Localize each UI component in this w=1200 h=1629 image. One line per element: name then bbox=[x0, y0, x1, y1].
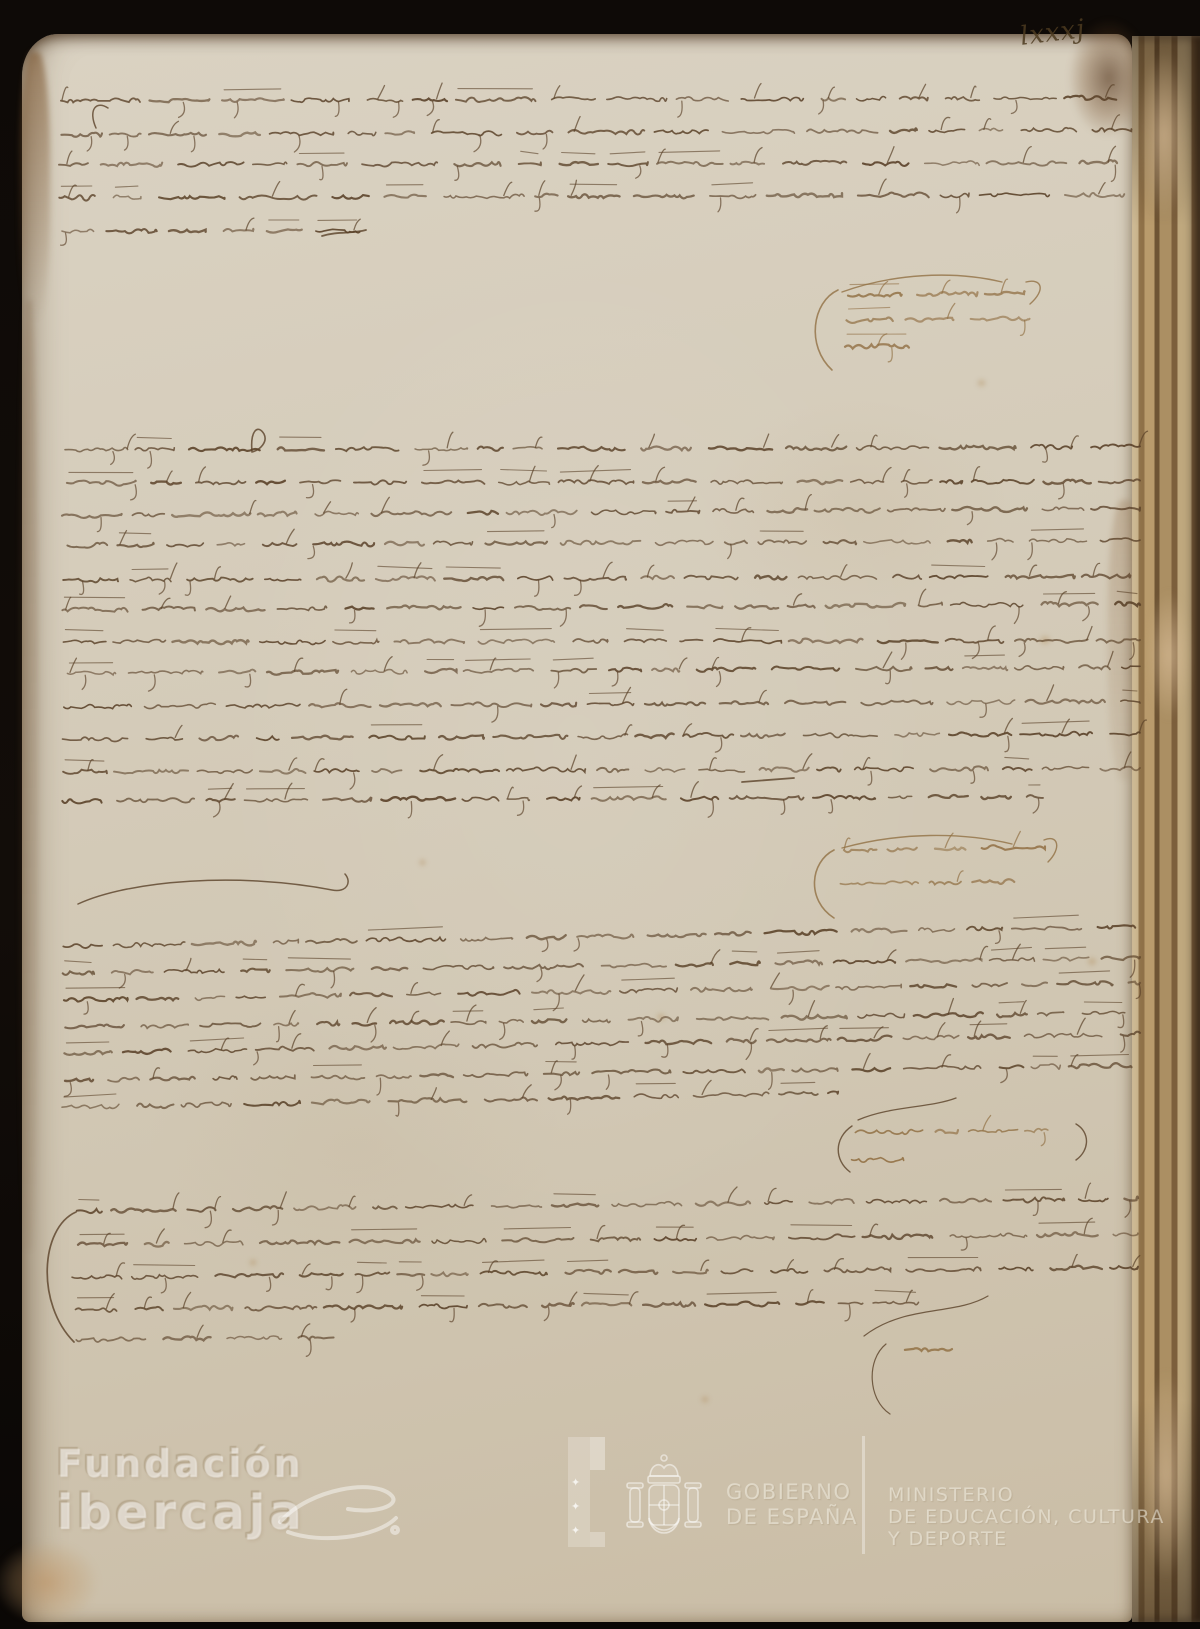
watermark-divider bbox=[862, 1436, 865, 1554]
foxing-spot bbox=[1086, 956, 1098, 967]
foxing-spot bbox=[976, 378, 987, 388]
deckle-highlight bbox=[1138, 50, 1190, 220]
star-icon: ✦ bbox=[571, 1501, 580, 1512]
foxing-spot bbox=[700, 1395, 710, 1404]
ibercaja-watermark-line2: ibercaja bbox=[56, 1488, 305, 1536]
manuscript-photo-backdrop: lxxxj Fundación ibercaja ✦ ✦ ✦ bbox=[0, 0, 1200, 1629]
ibercaja-watermark-line1: Fundación bbox=[56, 1444, 303, 1482]
gobierno-watermark: GOBIERNO DE ESPAÑA bbox=[726, 1480, 858, 1530]
star-icon: ✦ bbox=[571, 1477, 580, 1488]
ministerio-line1: MINISTERIO bbox=[888, 1484, 1165, 1506]
deckle-highlight bbox=[1146, 590, 1192, 720]
gobierno-line1: GOBIERNO bbox=[726, 1480, 858, 1505]
foxing-spot bbox=[418, 858, 427, 867]
ministerio-line3: Y DEPORTE bbox=[888, 1528, 1165, 1550]
foxing-spot bbox=[248, 1258, 258, 1267]
flag-canton bbox=[590, 1437, 605, 1470]
star-icon: ✦ bbox=[571, 1525, 580, 1536]
flag-tab bbox=[590, 1532, 605, 1547]
coat-of-arms-icon bbox=[618, 1450, 710, 1554]
ministerio-watermark: MINISTERIO DE EDUCACIÓN, CULTURA Y DEPOR… bbox=[888, 1484, 1165, 1550]
foxing-spot bbox=[1038, 634, 1052, 646]
ministerio-line2: DE EDUCACIÓN, CULTURA bbox=[888, 1506, 1165, 1528]
gobierno-line2: DE ESPAÑA bbox=[726, 1505, 858, 1530]
manuscript-page bbox=[22, 34, 1132, 1622]
flag-watermark-icon: ✦ ✦ ✦ bbox=[568, 1437, 590, 1547]
foxing-spot bbox=[655, 1012, 667, 1022]
ibercaja-logo-icon bbox=[276, 1478, 406, 1552]
